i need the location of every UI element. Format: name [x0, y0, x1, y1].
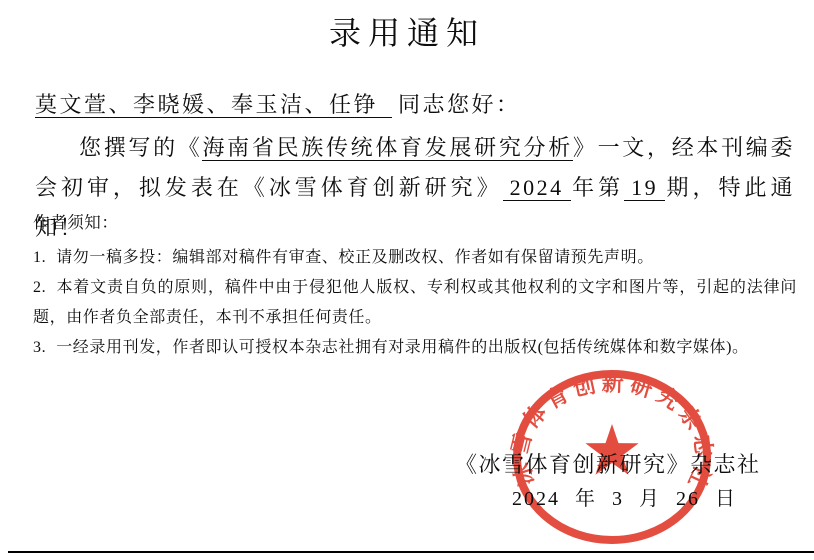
note-text: 请勿一稿多投：编辑部对稿件有审查、校正及删改权、作者如有保留请预先声明。 [56, 249, 654, 266]
note-item-2: 2.本着文责自负的原则，稿件中由于侵犯他人版权、专利权或其他权利的文字和图片等，… [33, 273, 797, 333]
notice-date: 2024 年 3 月 26 日 [512, 482, 737, 511]
issue-number: 19 [624, 175, 665, 201]
author-names: 莫文萱、李晓媛、奉玉洁、任铮 [35, 92, 392, 118]
body-between-year-issue: 年第 [571, 175, 624, 200]
note-number: 2. [33, 279, 56, 296]
body-prefix: 您撰写的《 [79, 135, 202, 160]
page-title: 录用通知 [0, 8, 814, 54]
publisher-signature: 《冰雪体育创新研究》杂志社 [455, 448, 761, 479]
note-item-1: 1.请勿一稿多投：编辑部对稿件有审查、校正及删改权、作者如有保留请预先声明。 [33, 243, 797, 273]
author-notes-section: 作者须知： 1.请勿一稿多投：编辑部对稿件有审查、校正及删改权、作者如有保留请预… [33, 209, 797, 363]
notes-heading: 作者须知： [33, 209, 797, 236]
greeting-line: 莫文萱、李晓媛、奉玉洁、任铮同志您好： [35, 88, 521, 119]
note-number: 3. [33, 339, 56, 356]
paper-title: 海南省民族传统体育发展研究分析 [202, 135, 572, 161]
note-number: 1. [33, 249, 56, 266]
note-text: 一经录用刊发，作者即认可授权本杂志社拥有对录用稿件的出版权(包括传统媒体和数字媒… [56, 339, 748, 356]
journal-name: 冰雪体育创新研究 [269, 175, 477, 200]
publication-year: 2024 [503, 175, 571, 201]
note-item-3: 3.一经录用刊发，作者即认可授权本杂志社拥有对录用稿件的出版权(包括传统媒体和数… [33, 333, 797, 363]
greeting-suffix: 同志您好： [392, 92, 521, 117]
acceptance-notice-document: 冰雪体育创新研究杂志社 录用通知 莫文萱、李晓媛、奉玉洁、任铮同志您好： 您撰写… [0, 0, 814, 560]
bottom-border-line [8, 551, 814, 553]
note-text: 本着文责自负的原则，稿件中由于侵犯他人版权、专利权或其他权利的文字和图片等，引起… [33, 279, 797, 326]
body-after-journal: 》 [477, 175, 503, 200]
